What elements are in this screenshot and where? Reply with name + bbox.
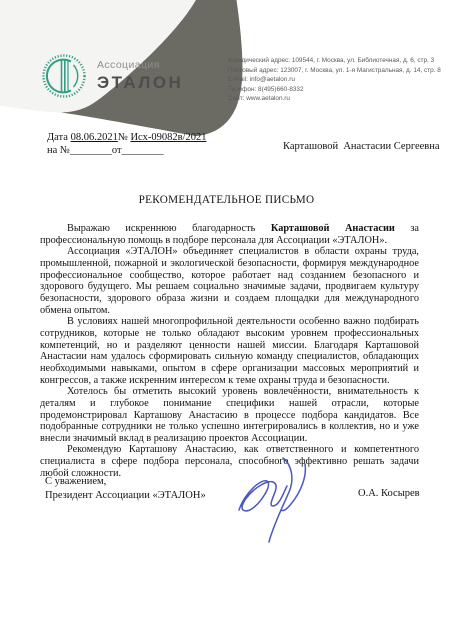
org-logo: Ассоциация ЭТАЛОН [40,52,183,100]
date-value: 08.06.2021 [71,132,118,143]
letter-title: РЕКОМЕНДАТЕЛЬНОЕ ПИСЬМО [0,194,453,206]
paragraph-1: Выражаю искреннюю благодарность Карташов… [40,223,419,246]
paragraph-4: Хотелось бы отметить высокий уровень вов… [40,386,419,444]
contact-info: Юридический адрес: 109544, г. Москва, ул… [228,56,450,104]
signature-scribble [225,448,330,548]
number-value: Исх-09082в/2021 [130,132,206,143]
signer-name: О.А. Косырев [358,488,420,499]
contact-phone: Телефон: 8(495)660-8332 [228,85,450,95]
reference-block: Дата 08.06.2021№ Исх-09082в/2021 на №___… [47,131,206,157]
contact-postal-address: Почтовый адрес: 123007, г. Москва, ул. 1… [228,66,450,76]
paragraph-3: В условиях нашей многопрофильной деятель… [40,316,419,386]
paragraph-1-bold-name: Карташовой Анастасии [271,223,395,234]
etalon-emblem-icon [40,52,88,100]
reply-reference-line: на №________от________ [47,144,206,157]
letter-page: Ассоциация ЭТАЛОН Юридический адрес: 109… [0,0,453,640]
closing-block: С уважением, Президент Ассоциации «ЭТАЛО… [45,475,206,502]
number-label: № [118,132,128,143]
closing-regards: С уважением, [45,475,206,489]
paragraph-1-lead: Выражаю искреннюю благодарность [67,223,271,234]
org-name-big: ЭТАЛОН [97,73,183,93]
date-number-line: Дата 08.06.2021№ Исх-09082в/2021 [47,131,206,144]
contact-legal-address: Юридический адрес: 109544, г. Москва, ул… [228,56,450,66]
org-name: Ассоциация ЭТАЛОН [97,59,183,93]
letter-body: Выражаю искреннюю благодарность Карташов… [40,223,419,479]
paragraph-2: Ассоциация «ЭТАЛОН» объединяет специалис… [40,246,419,316]
contact-website: Сайт: www.aetalon.ru [228,94,450,104]
org-name-small: Ассоциация [97,59,183,71]
date-label: Дата [47,132,68,143]
closing-position: Президент Ассоциации «ЭТАЛОН» [45,489,206,503]
contact-email: E-mail: info@aetalon.ru [228,75,450,85]
addressee: Карташовой Анастасии Сергеевна [283,141,440,152]
